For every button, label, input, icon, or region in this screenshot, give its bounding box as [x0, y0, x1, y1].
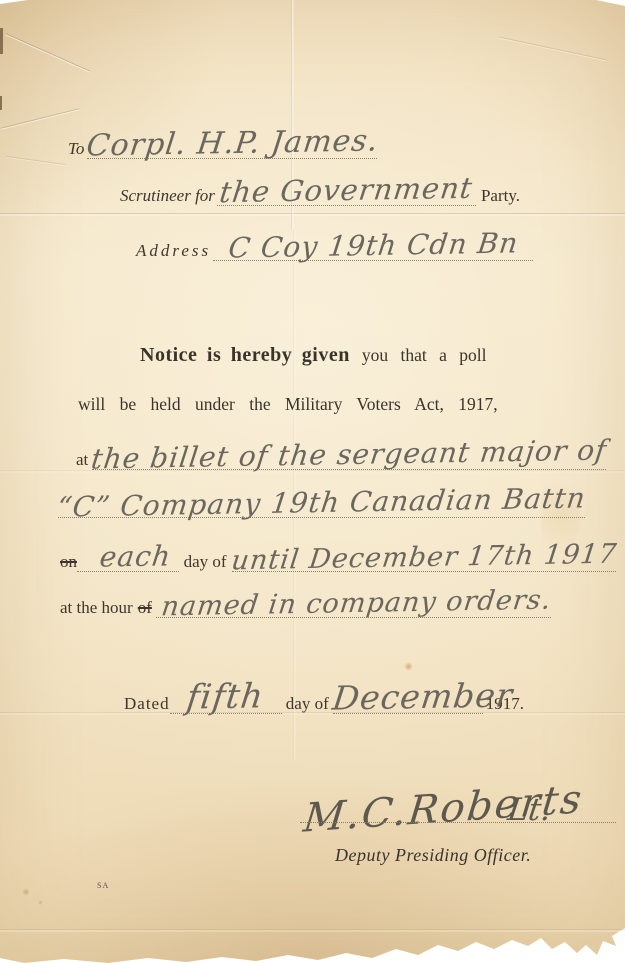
edge-mark: [0, 96, 2, 110]
dated-day-fill: fifth: [170, 677, 282, 714]
dated-line: Dated fifth day of December 1917.: [124, 664, 524, 714]
of-label-struck: of: [138, 598, 156, 618]
hour-fill-line: named in company orders.: [156, 588, 551, 618]
location-fill-line2: “C” Company 19th Canadian Battn: [58, 486, 585, 518]
notice-line2: will be held under the Military Voters A…: [78, 394, 498, 415]
schedule-value-handwritten: until December 17th 1917: [229, 539, 618, 577]
hour-label: at the hour: [60, 598, 138, 618]
address-line: Address C Coy 19th Cdn Bn: [136, 205, 566, 261]
fold-crease-bottom: [0, 929, 625, 932]
notice-lead-line: Notice is hereby given you that a poll: [140, 344, 486, 367]
scrutineer-line: Scrutineer for the Government Party.: [120, 150, 520, 206]
each-handwritten: each: [97, 539, 172, 573]
location-value2-handwritten: “C” Company 19th Canadian Battn: [55, 481, 587, 523]
signature-line: [300, 822, 616, 823]
notice-rest-text: you that a poll: [362, 345, 487, 365]
party-label: Party.: [476, 186, 520, 206]
hour-line: at the hour of named in company orders.: [60, 572, 520, 618]
location-fill-line: the billet of the sergeant major of: [92, 438, 606, 470]
printer-mark: SA: [97, 881, 109, 890]
location-line: at the billet of the sergeant major of: [76, 418, 576, 470]
scrutineer-label: Scrutineer for: [120, 186, 217, 206]
dated-day-handwritten: fifth: [185, 676, 267, 717]
dated-label: Dated: [124, 694, 170, 714]
edge-mark: [0, 28, 3, 54]
day-of-label: day of: [179, 552, 232, 572]
schedule-line: on each day of until December 17th 1917: [60, 524, 616, 572]
signature-role-label: Deputy Presiding Officer.: [335, 845, 531, 866]
dated-month-handwritten: December: [330, 675, 515, 717]
location-line2: “C” Company 19th Canadian Battn: [58, 468, 558, 518]
notice-bold-text: Notice is hereby given: [140, 344, 350, 366]
scanned-document: To Corpl. H.P. James. Scrutineer for the…: [0, 0, 625, 963]
foxing-spot: [38, 900, 43, 905]
address-label: Address: [136, 241, 213, 261]
on-label-struck: on: [60, 552, 77, 572]
scrutineer-fill-line: the Government: [217, 173, 476, 206]
address-fill-line: C Coy 19th Cdn Bn: [213, 229, 533, 261]
dated-day-of-label: day of: [282, 694, 333, 714]
schedule-fill-2: until December 17th 1917: [232, 542, 616, 572]
scrutineer-value-handwritten: the Government: [218, 171, 475, 209]
foxing-spot: [22, 888, 30, 896]
dated-month-fill: December: [333, 677, 483, 714]
schedule-fill-1: each: [77, 540, 179, 572]
hour-value-handwritten: named in company orders.: [160, 585, 554, 623]
address-value-handwritten: C Coy 19th Cdn Bn: [226, 226, 520, 264]
